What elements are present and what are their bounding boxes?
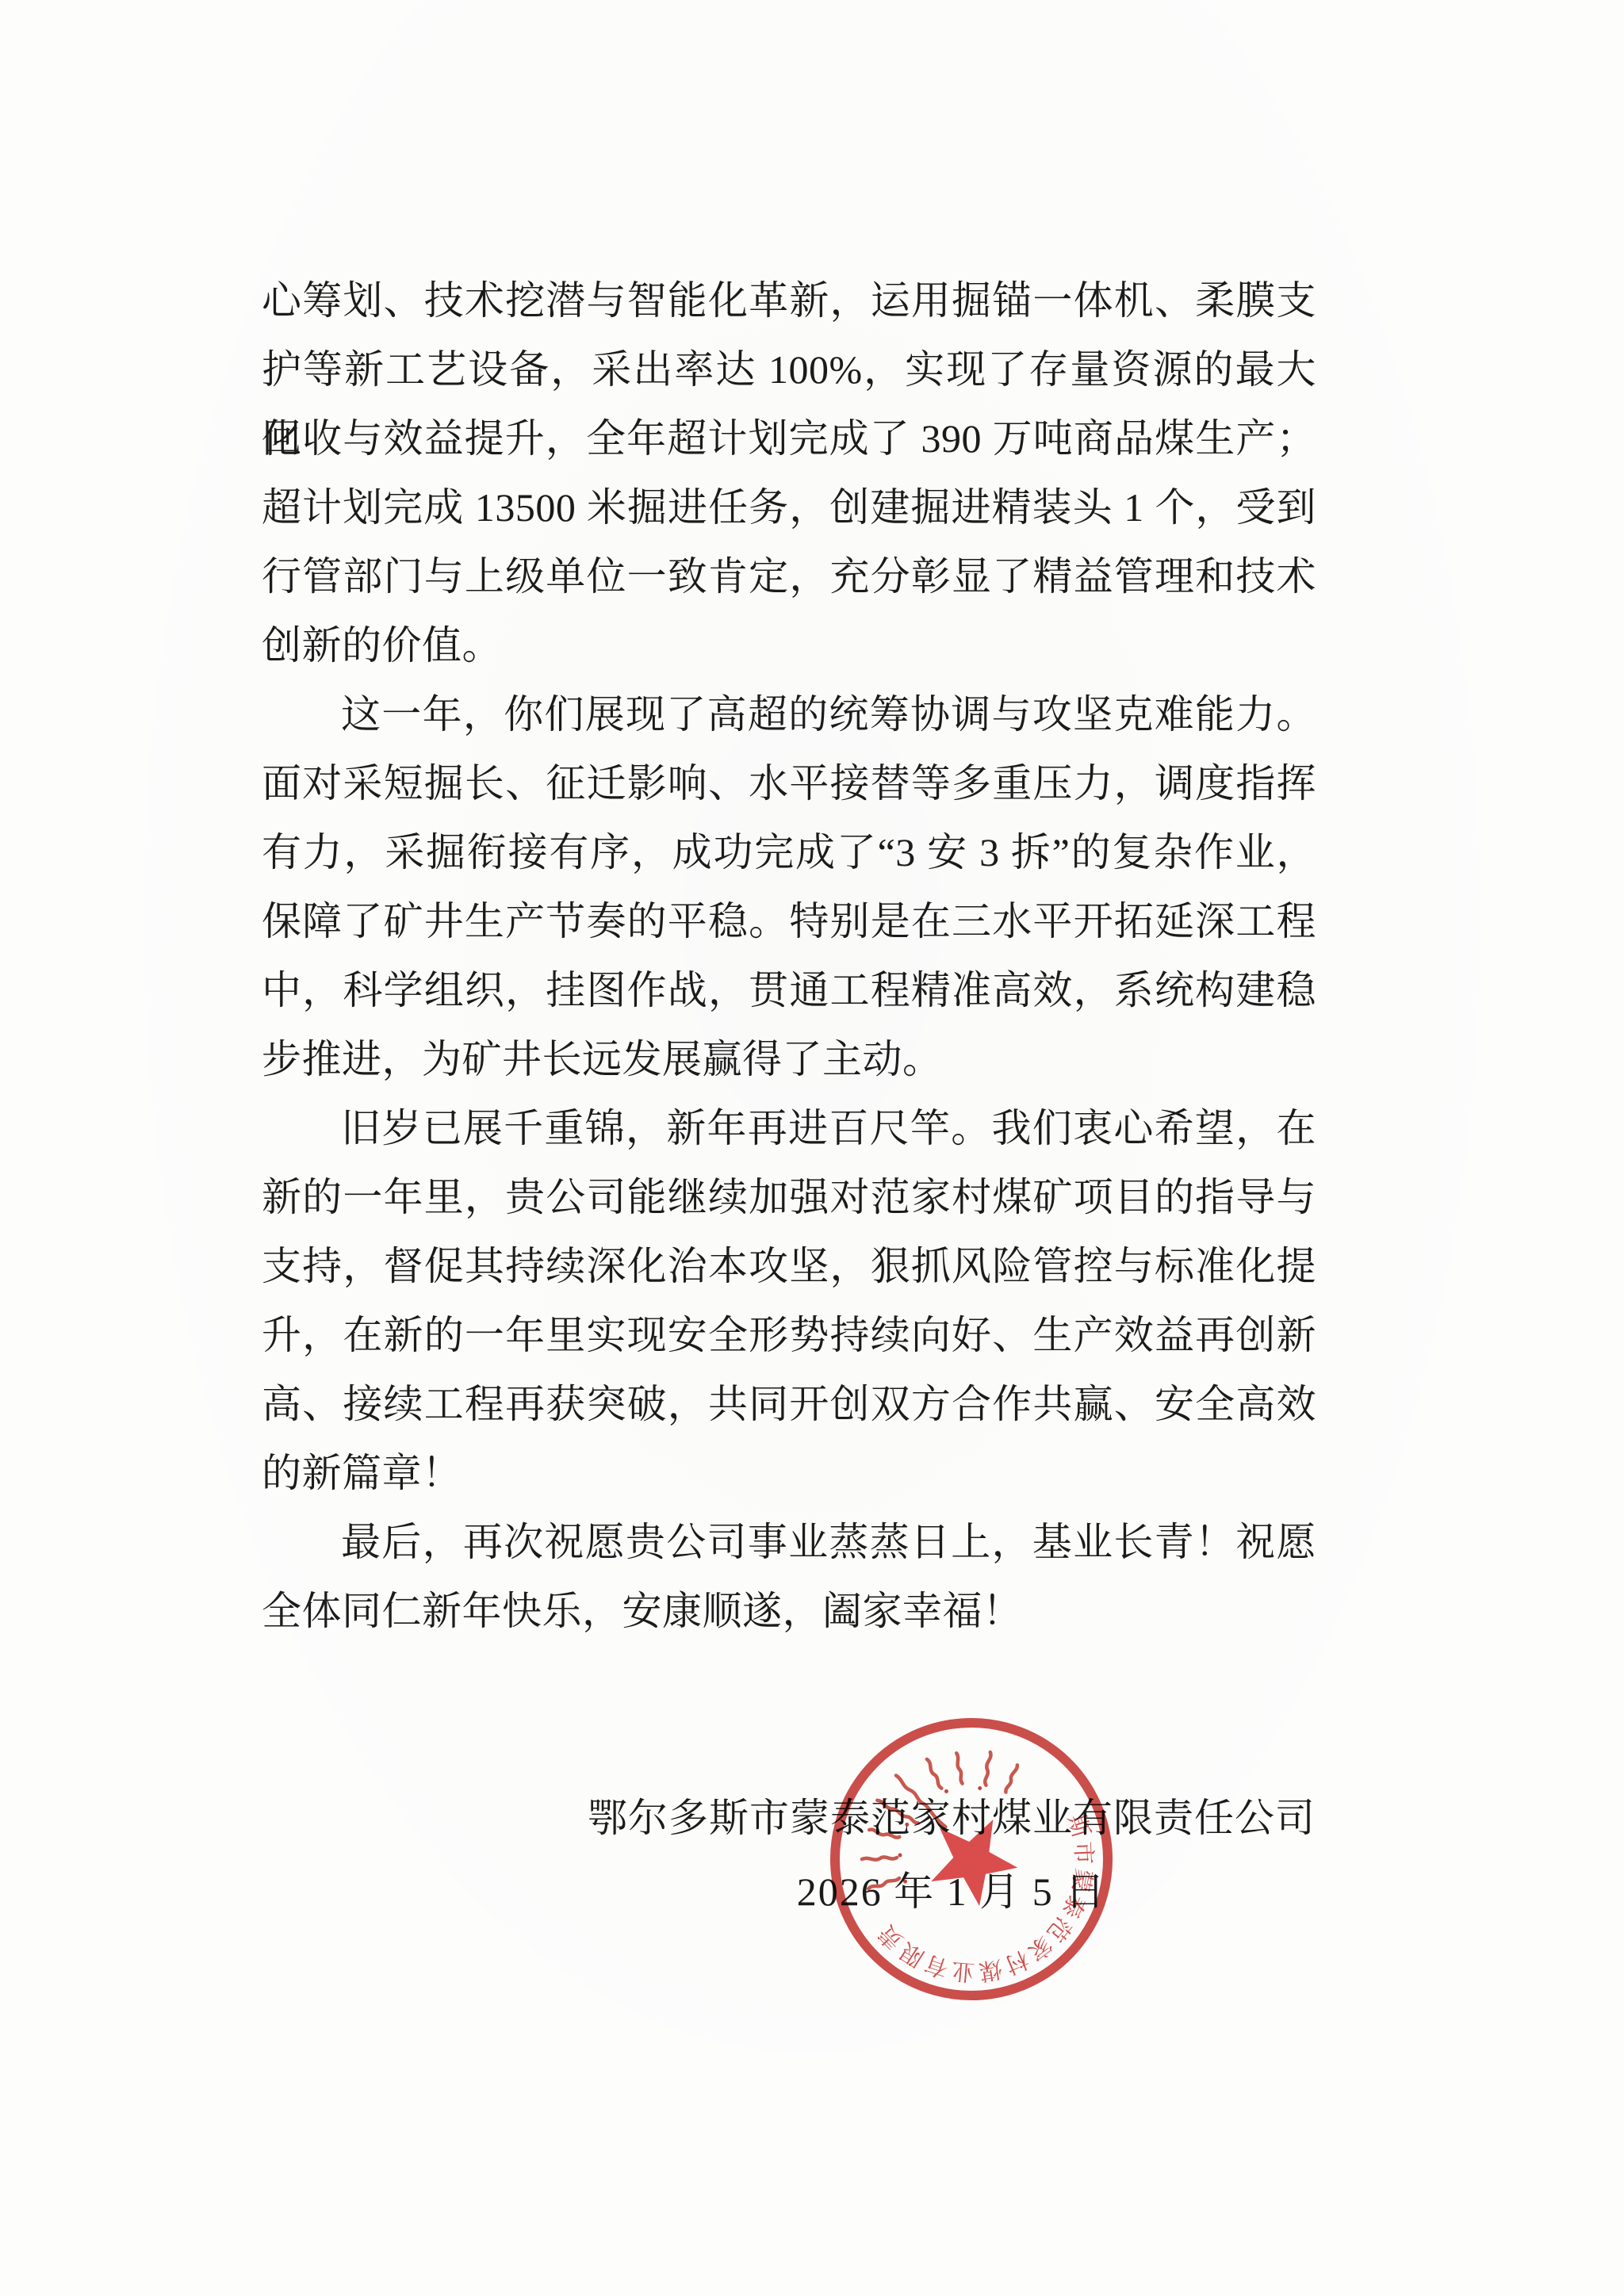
body-line: 回收与效益提升，全年超计划完成了 390 万吨商品煤生产； [262,404,1316,473]
body-line: 旧岁已展千重锦，新年再进百尺竿。我们衷心希望，在 [262,1094,1316,1163]
body-line: 升，在新的一年里实现安全形势持续向好、生产效益再创新 [262,1301,1316,1370]
letter-body: 心筹划、技术挖潜与智能化革新，运用掘锚一体机、柔膜支护等新工艺设备，采出率达 1… [262,266,1316,1646]
body-line: 全体同仁新年快乐，安康顺遂，阖家幸福！ [262,1577,1316,1646]
body-line: 的新篇章！ [262,1439,1316,1508]
body-line: 创新的价值。 [262,611,1316,680]
seal-star-icon [909,1797,1029,1918]
body-line: 有力，采掘衔接有序，成功完成了“3 安 3 拆”的复杂作业， [262,818,1316,887]
company-seal-stamp: 鄂尔多斯市蒙泰范家村煤业有限责任公司 [821,1709,1122,2010]
body-line: 面对采短掘长、征迁影响、水平接替等多重压力，调度指挥 [262,749,1316,818]
body-line: 护等新工艺设备，采出率达 100%，实现了存量资源的最大化 [262,335,1316,404]
body-line: 这一年，你们展现了高超的统筹协调与攻坚克难能力。 [262,680,1316,749]
body-line: 步推进，为矿井长远发展赢得了主动。 [262,1025,1316,1094]
body-line: 超计划完成 13500 米掘进任务，创建掘进精装头 1 个，受到 [262,473,1316,542]
body-line: 心筹划、技术挖潜与智能化革新，运用掘锚一体机、柔膜支 [262,266,1316,335]
letter-page: 心筹划、技术挖潜与智能化革新，运用掘锚一体机、柔膜支护等新工艺设备，采出率达 1… [0,0,1624,2296]
body-line: 保障了矿井生产节奏的平稳。特别是在三水平开拓延深工程 [262,887,1316,956]
body-line: 高、接续工程再获突破，共同开创双方合作共赢、安全高效 [262,1370,1316,1439]
seal-mongolian-script [825,1720,1041,1902]
body-line: 支持，督促其持续深化治本攻坚，狠抓风险管控与标准化提 [262,1232,1316,1301]
body-line: 中，科学组织，挂图作战，贯通工程精准高效，系统构建稳 [262,956,1316,1025]
body-line: 最后，再次祝愿贵公司事业蒸蒸日上，基业长青！祝愿 [262,1508,1316,1577]
body-line: 新的一年里，贵公司能继续加强对范家村煤矿项目的指导与 [262,1163,1316,1232]
body-line: 行管部门与上级单位一致肯定，充分彰显了精益管理和技术 [262,542,1316,611]
